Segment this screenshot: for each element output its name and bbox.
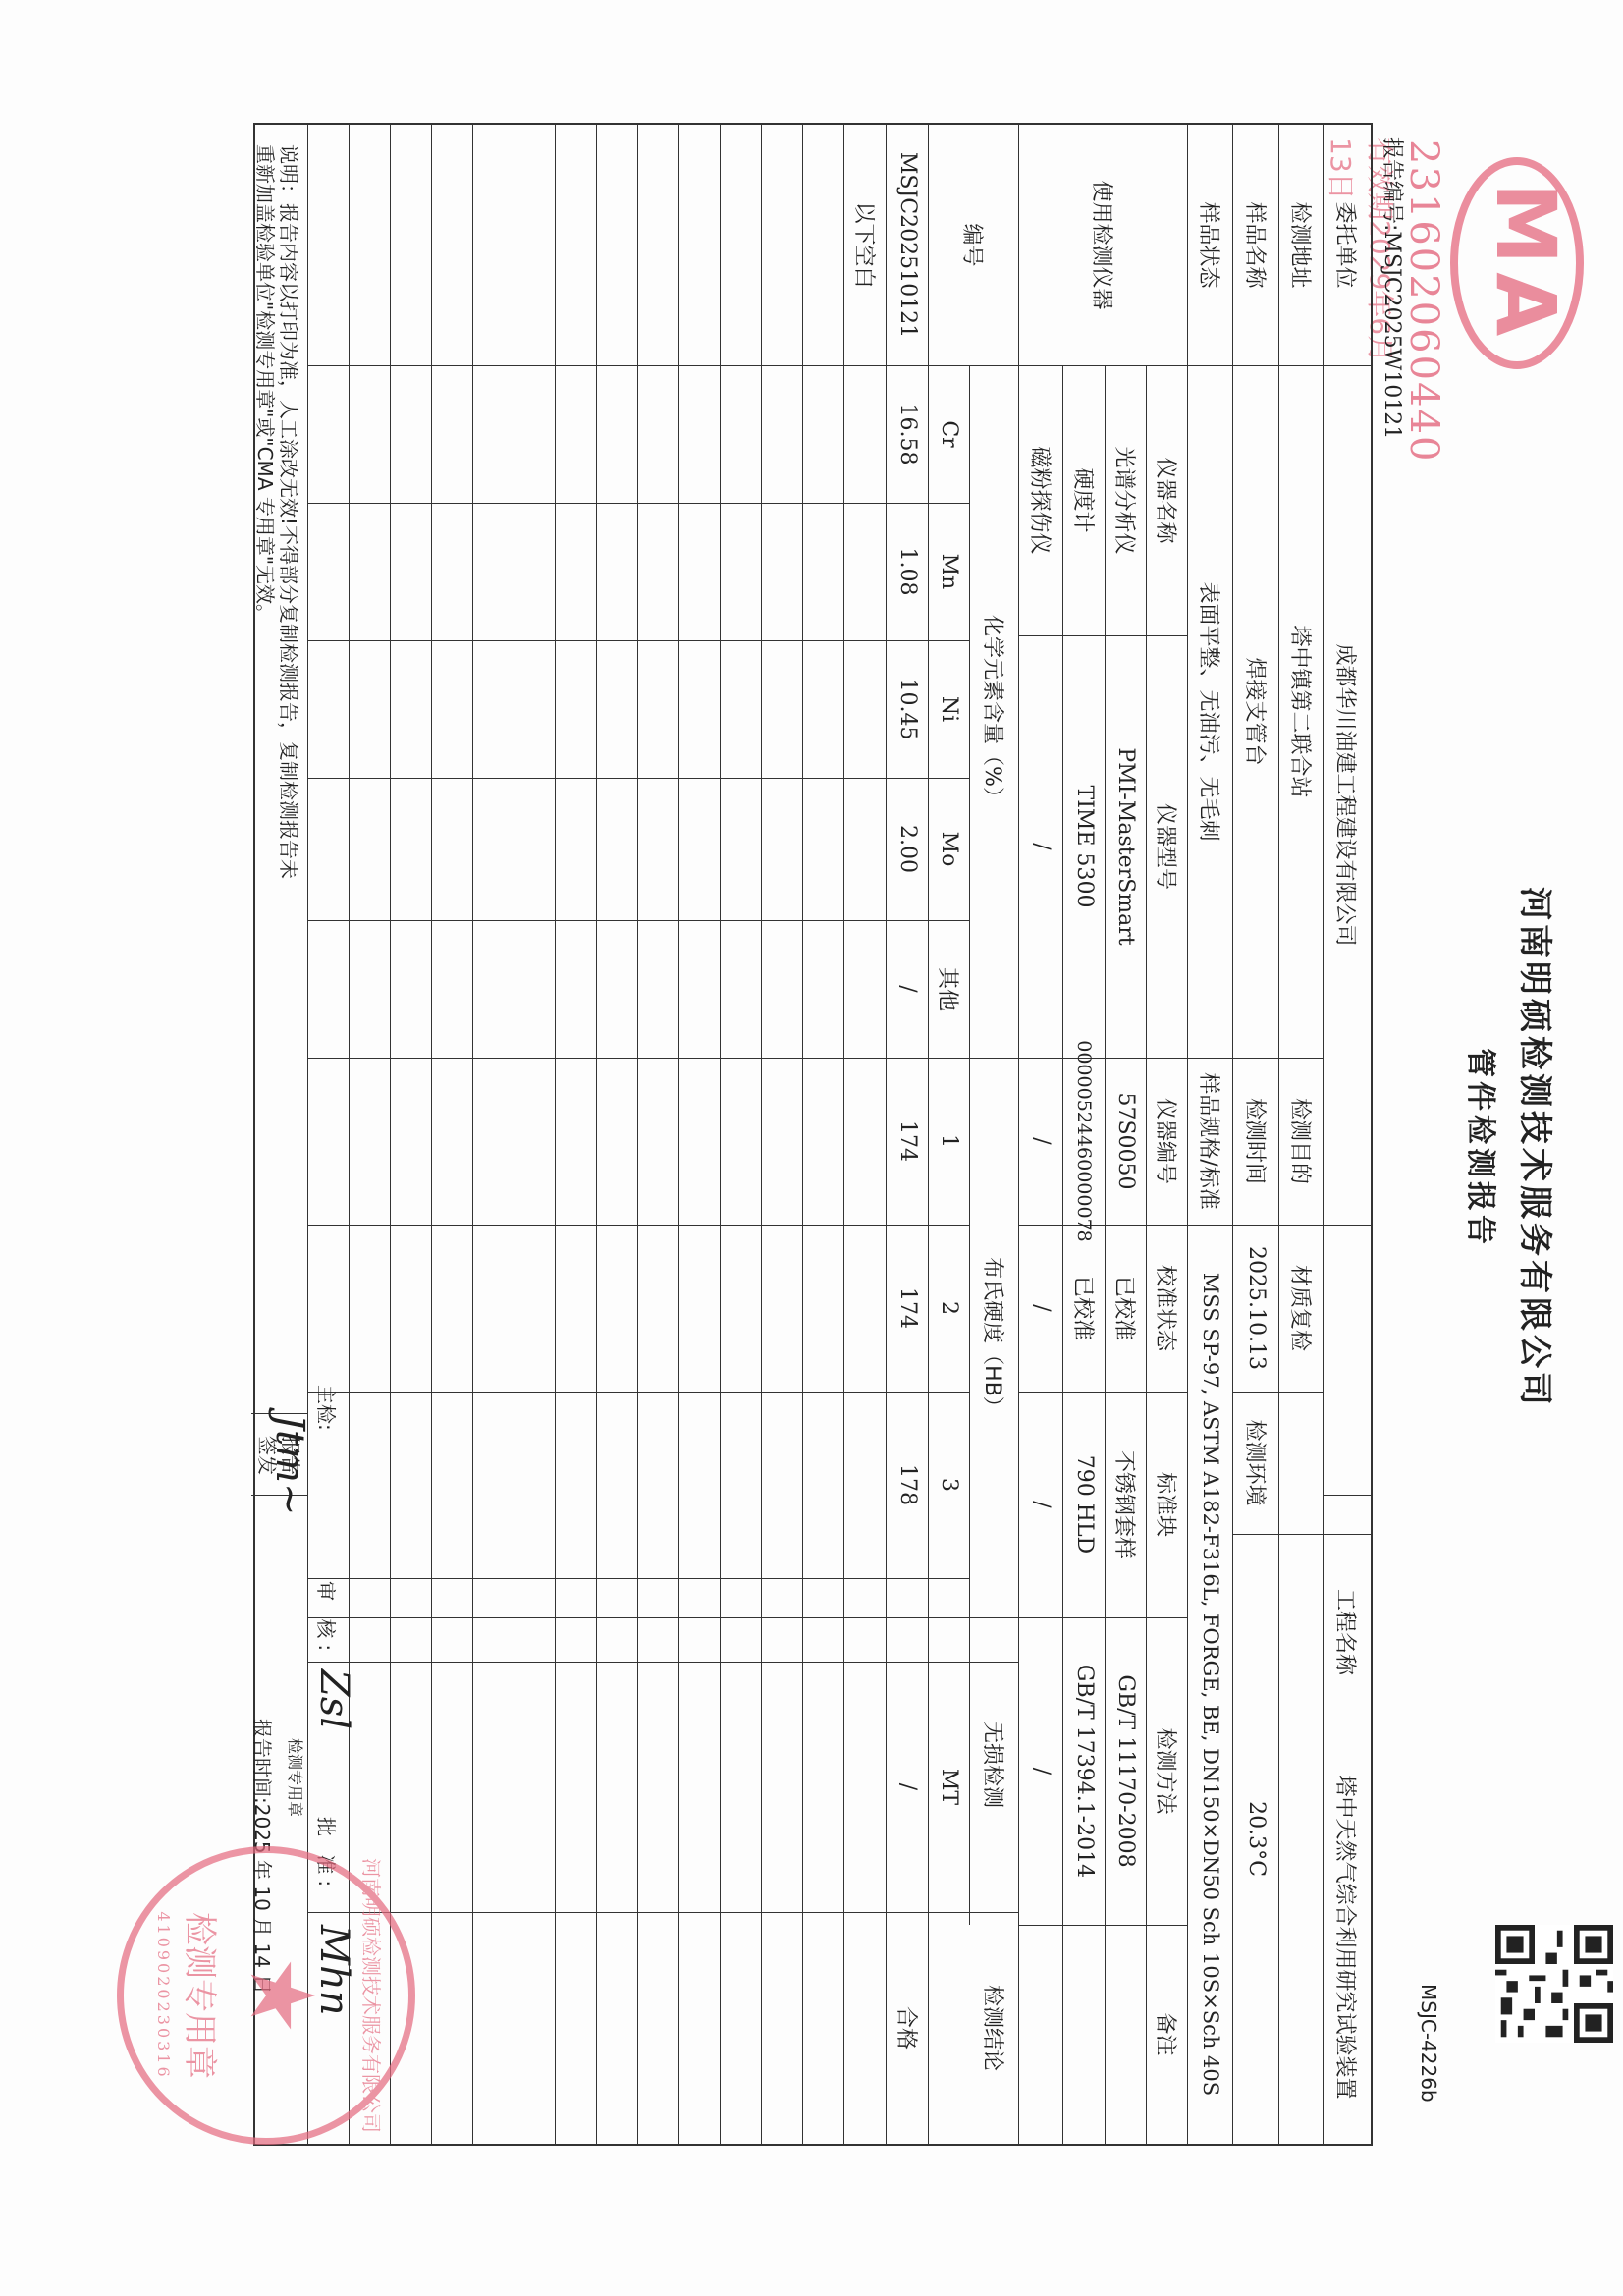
instrument-row-model: / [1019,635,1063,1058]
instrument-row-model: TIME 5300 [1063,635,1106,1058]
environment-value: 20.3°C [1233,1534,1279,2144]
chem-col-other: 其他 [929,920,970,1058]
footer-note-line-2: 重新加盖检验单位"检测专用章"或"CMA 专用章"无效。 [253,144,277,1411]
cma-stamp-logo: MA [1478,157,1574,369]
ndt-method: MT [929,1662,970,1912]
inspector-label: 主检: [313,1385,342,1431]
instrument-row-block: 不锈钢套样 [1106,1392,1147,1617]
address-value: 塔中镇第二联合站 [1279,365,1324,1058]
instrument-row-block: 790 HLD [1063,1392,1106,1617]
seal-caption: 检测专用章 [285,1738,307,1817]
report-table: 委托单位 成都华川油建工程建设有限公司 工程名称 塔中天然气综合利用研究试验装置… [253,123,1373,2146]
instrument-col-standard-block: 标准块 [1147,1392,1188,1617]
result-row-conclusion: 合格 [887,1912,929,2144]
rotated-report-sheet: MSJC-4226b 河南明硕检测技术服务有限公司 管件检测报告 MA 2316… [0,0,1623,2296]
conclusion-label: 检测结论 [970,1912,1019,2144]
chem-col-mn: Mn [929,503,970,640]
project-value: 塔中天然气综合利用研究试验装置 [1324,1730,1371,2144]
instrument-col-number: 仪器编号 [1147,1058,1188,1225]
footer-note-line-1: 说明：报告内容以打印为准，人工涂改无效!不得部分复制检测报告，复制检测报告未 [277,144,300,1411]
instrument-row-name: 硬度计 [1063,365,1106,635]
instrument-row-calibration: / [1019,1225,1063,1392]
chem-col-ni: Ni [929,640,970,778]
hardness-col-3: 3 [929,1392,970,1578]
instrument-row-number: / [1019,1058,1063,1225]
spec-value: MSS SP-97, ASTM A182-F316L, FORGE, BE, D… [1188,1225,1233,2144]
client-value: 成都华川油建工程建设有限公司 [1324,365,1371,1225]
form-code: MSJC-4226b [1417,1984,1440,2103]
report-number: 报告编号:MSJC2025W10121 [1379,137,1409,439]
company-seal: ★ 检测专用章 4109020230316 河南明硕检测技术服务有限公司 [117,1846,415,2145]
report-number-value: MSJC2025W10121 [1380,231,1404,439]
hardness-section-label: 布氏硬度（HB） [970,1058,1019,1617]
result-row-mo: 2.00 [887,778,929,920]
purpose-value: 材质复检 [1279,1225,1324,1392]
sample-state-label: 样品状态 [1188,125,1233,365]
reviewer-label: 审 核: [313,1581,342,1657]
result-row-mn: 1.08 [887,503,929,640]
test-time-value: 2025.10.13 [1233,1225,1279,1392]
result-row-other: / [887,920,929,1058]
instrument-row-model: PMI-MasterSmart [1106,635,1147,1058]
seal-org-text: 河南明硕检测技术服务有限公司 [358,1853,387,2138]
seal-center-text: 检测专用章 [179,1853,227,2138]
chem-col-mo: Mo [929,778,970,920]
instrument-row-calibration: 已校准 [1063,1225,1106,1392]
instrument-row-number: 57S0050 [1106,1058,1147,1225]
instrument-col-name: 仪器名称 [1147,365,1188,635]
test-time-label: 检测时间 [1233,1058,1279,1225]
result-row-hb3: 178 [887,1392,929,1578]
ndt-section-label: 无损检测 [970,1617,1019,1912]
sample-name-value: 焊接支管台 [1233,365,1279,1058]
instrument-col-remark: 备注 [1147,1925,1188,2144]
hardness-col-2: 2 [929,1225,970,1392]
seal-number: 4109020230316 [154,1853,173,2138]
instrument-row-name: 磁粉探伤仪 [1019,365,1063,635]
instrument-row-method: / [1019,1617,1063,1925]
results-id-label: 编号 [929,125,1019,365]
spec-label: 样品规格/标准 [1188,1058,1233,1225]
result-row-cr: 16.58 [887,365,929,503]
result-row-ndt: / [887,1662,929,1912]
report-number-label: 报告编号: [1380,137,1404,231]
chem-section-label: 化学元素含量（%） [970,365,1019,1058]
report-date-label: 报告时间: [250,1719,274,1804]
instrument-row-method: GB/T 17394.1-2014 [1063,1617,1106,1925]
result-row-id: MSJC202510121 [887,125,929,365]
instrument-col-calibration: 校准状态 [1147,1225,1188,1392]
environment-label: 检测环境 [1233,1392,1279,1534]
instrument-col-model: 仪器型号 [1147,635,1188,1058]
chem-col-cr: Cr [929,365,970,503]
footer-note: 说明：报告内容以打印为准，人工涂改无效!不得部分复制检测报告，复制检测报告未 重… [253,144,300,1411]
instrument-row-block: / [1019,1392,1063,1617]
instrument-row-name: 光谱分析仪 [1106,365,1147,635]
address-label: 检测地址 [1279,125,1324,365]
purpose-label: 检测目的 [1279,1058,1324,1225]
project-label: 工程名称 [1324,1534,1371,1730]
instrument-col-method: 检测方法 [1147,1617,1188,1925]
instrument-row-calibration: 已校准 [1106,1225,1147,1392]
result-row-hb1: 174 [887,1058,929,1225]
instrument-row-method: GB/T 11170-2008 [1106,1617,1147,1925]
instrument-row-number: 00000524460000078 [1063,1058,1106,1225]
sample-state-value: 表面平整、无油污、无毛刺 [1188,365,1233,1058]
result-row-hb2: 174 [887,1225,929,1392]
reviewer-signature: Zsl [311,1669,356,1729]
result-row-ni: 10.45 [887,640,929,778]
blank-note: 以下空白 [844,125,887,365]
hardness-col-1: 1 [929,1058,970,1225]
instruments-section-label: 使用检测仪器 [1019,125,1188,365]
sample-name-label: 样品名称 [1233,125,1279,365]
inspector-signature: Jtm~ [267,1414,312,1516]
client-label: 委托单位 [1324,125,1371,365]
seal-star-icon: ★ [232,1946,330,2045]
